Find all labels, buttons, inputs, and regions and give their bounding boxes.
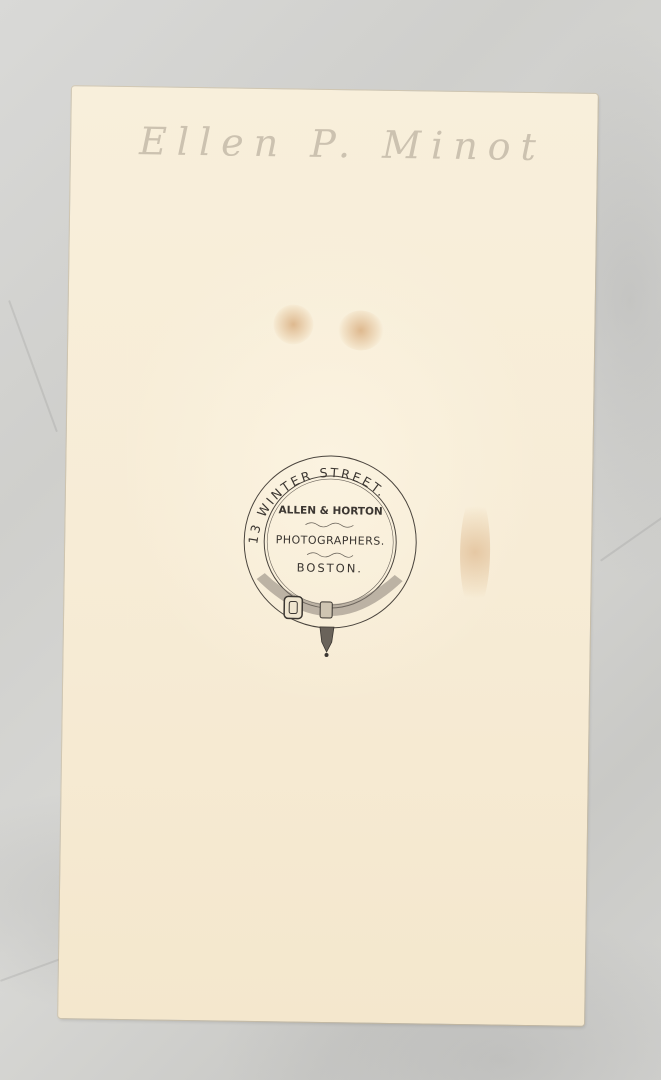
photographer-stamp: 13 WINTER STREET. ALLEN & HORTON PHOTOGR… [233, 451, 426, 669]
marble-vein [8, 300, 58, 432]
foxing-stain [459, 492, 491, 612]
stamp-line-2: PHOTOGRAPHERS. [276, 533, 385, 548]
stamp-line-1: ALLEN & HORTON [279, 504, 383, 518]
stamp-line-3: BOSTON. [297, 561, 364, 576]
foxing-stain [273, 304, 314, 345]
foxing-stain [338, 310, 384, 351]
carte-de-visite-card: Ellen P. Minot 13 WINTER STREET. ALLEN &… [58, 86, 598, 1026]
pendant-icon [320, 627, 334, 652]
handwritten-inscription: Ellen P. Minot [139, 119, 560, 169]
flourish-divider [307, 553, 353, 558]
marble-vein [600, 491, 661, 561]
buckle-icon [284, 596, 302, 618]
flourish-divider [305, 523, 353, 528]
belt-keeper [320, 602, 332, 618]
